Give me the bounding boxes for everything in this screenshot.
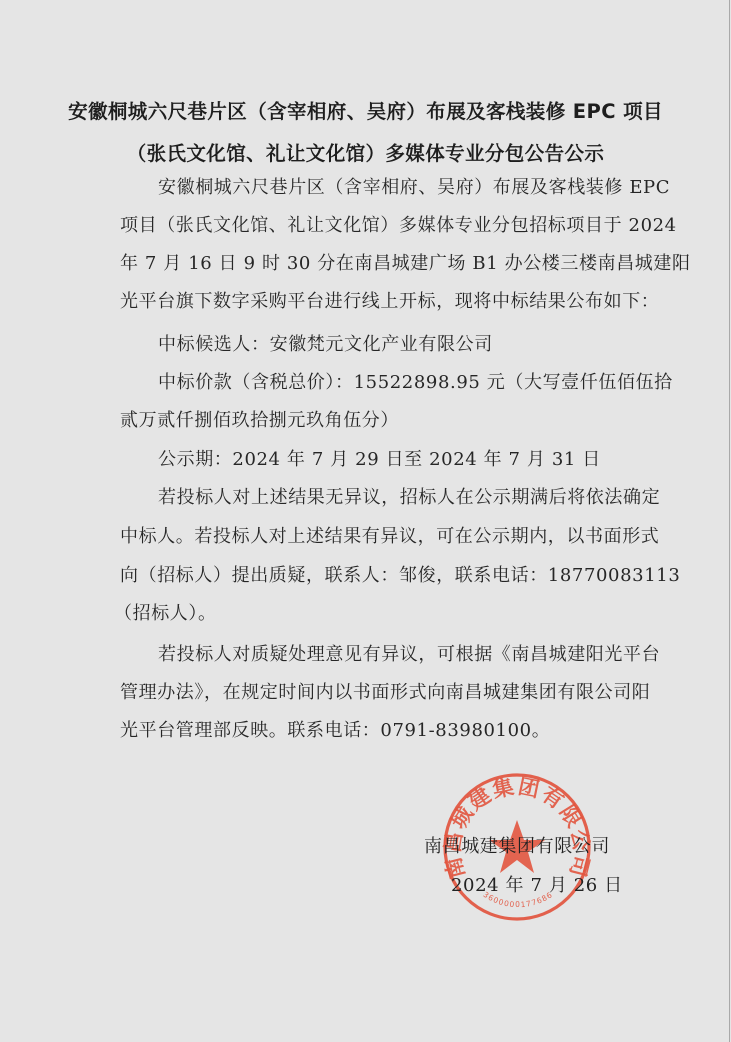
appeal-line-3: 光平台管理部反映。联系电话：0791-83980100。 — [120, 719, 685, 743]
winning-bidder: 中标候选人：安徽梵元文化产业有限公司 — [158, 333, 723, 357]
winning-price-line-1: 中标价款（含税总价）：15522898.95 元（大写壹仟伍佰伍拾 — [158, 371, 684, 395]
intro-line-4: 光平台旗下数字采购平台进行线上开标，现将中标结果公布如下： — [120, 290, 685, 314]
document-title-line-2: （张氏文化馆、礼让文化馆）多媒体专业分包公告公示 — [0, 138, 731, 166]
intro-line-1: 安徽桐城六尺巷片区（含宰相府、吴府）布展及客栈装修 EPC — [158, 176, 684, 200]
intro-line-3: 年 7 月 16 日 9 时 30 分在南昌城建广场 B1 办公楼三楼南昌城建阳 — [120, 252, 685, 276]
objection-line-1: 若投标人对上述结果无异议，招标人在公示期满后将依法确定 — [158, 486, 684, 510]
objection-line-4: （招标人）。 — [114, 602, 679, 626]
appeal-line-2: 管理办法》，在规定时间内以书面形式向南昌城建集团有限公司阳 — [120, 681, 685, 705]
objection-line-3: 向（招标人）提出质疑，联系人：邹俊，联系电话：18770083113 — [120, 564, 685, 588]
publicity-period: 公示期：2024 年 7 月 29 日至 2024 年 7 月 31 日 — [158, 448, 723, 472]
signature-date: 2024 年 7 月 26 日 — [451, 874, 623, 898]
winning-price-line-2: 贰万贰仟捌佰玖拾捌元玖角伍分） — [120, 409, 685, 433]
document-title-line-1: 安徽桐城六尺巷片区（含宰相府、吴府）布展及客栈装修 EPC 项目 — [0, 96, 731, 124]
signature-organization: 南昌城建集团有限公司 — [424, 835, 610, 859]
objection-line-2: 中标人。若投标人对上述结果有异议，可在公示期内，以书面形式 — [120, 525, 685, 549]
appeal-line-1: 若投标人对质疑处理意见有异议，可根据《南昌城建阳光平台 — [158, 643, 684, 667]
intro-line-2: 项目（张氏文化馆、礼让文化馆）多媒体专业分包招标项目于 2024 — [120, 214, 685, 238]
